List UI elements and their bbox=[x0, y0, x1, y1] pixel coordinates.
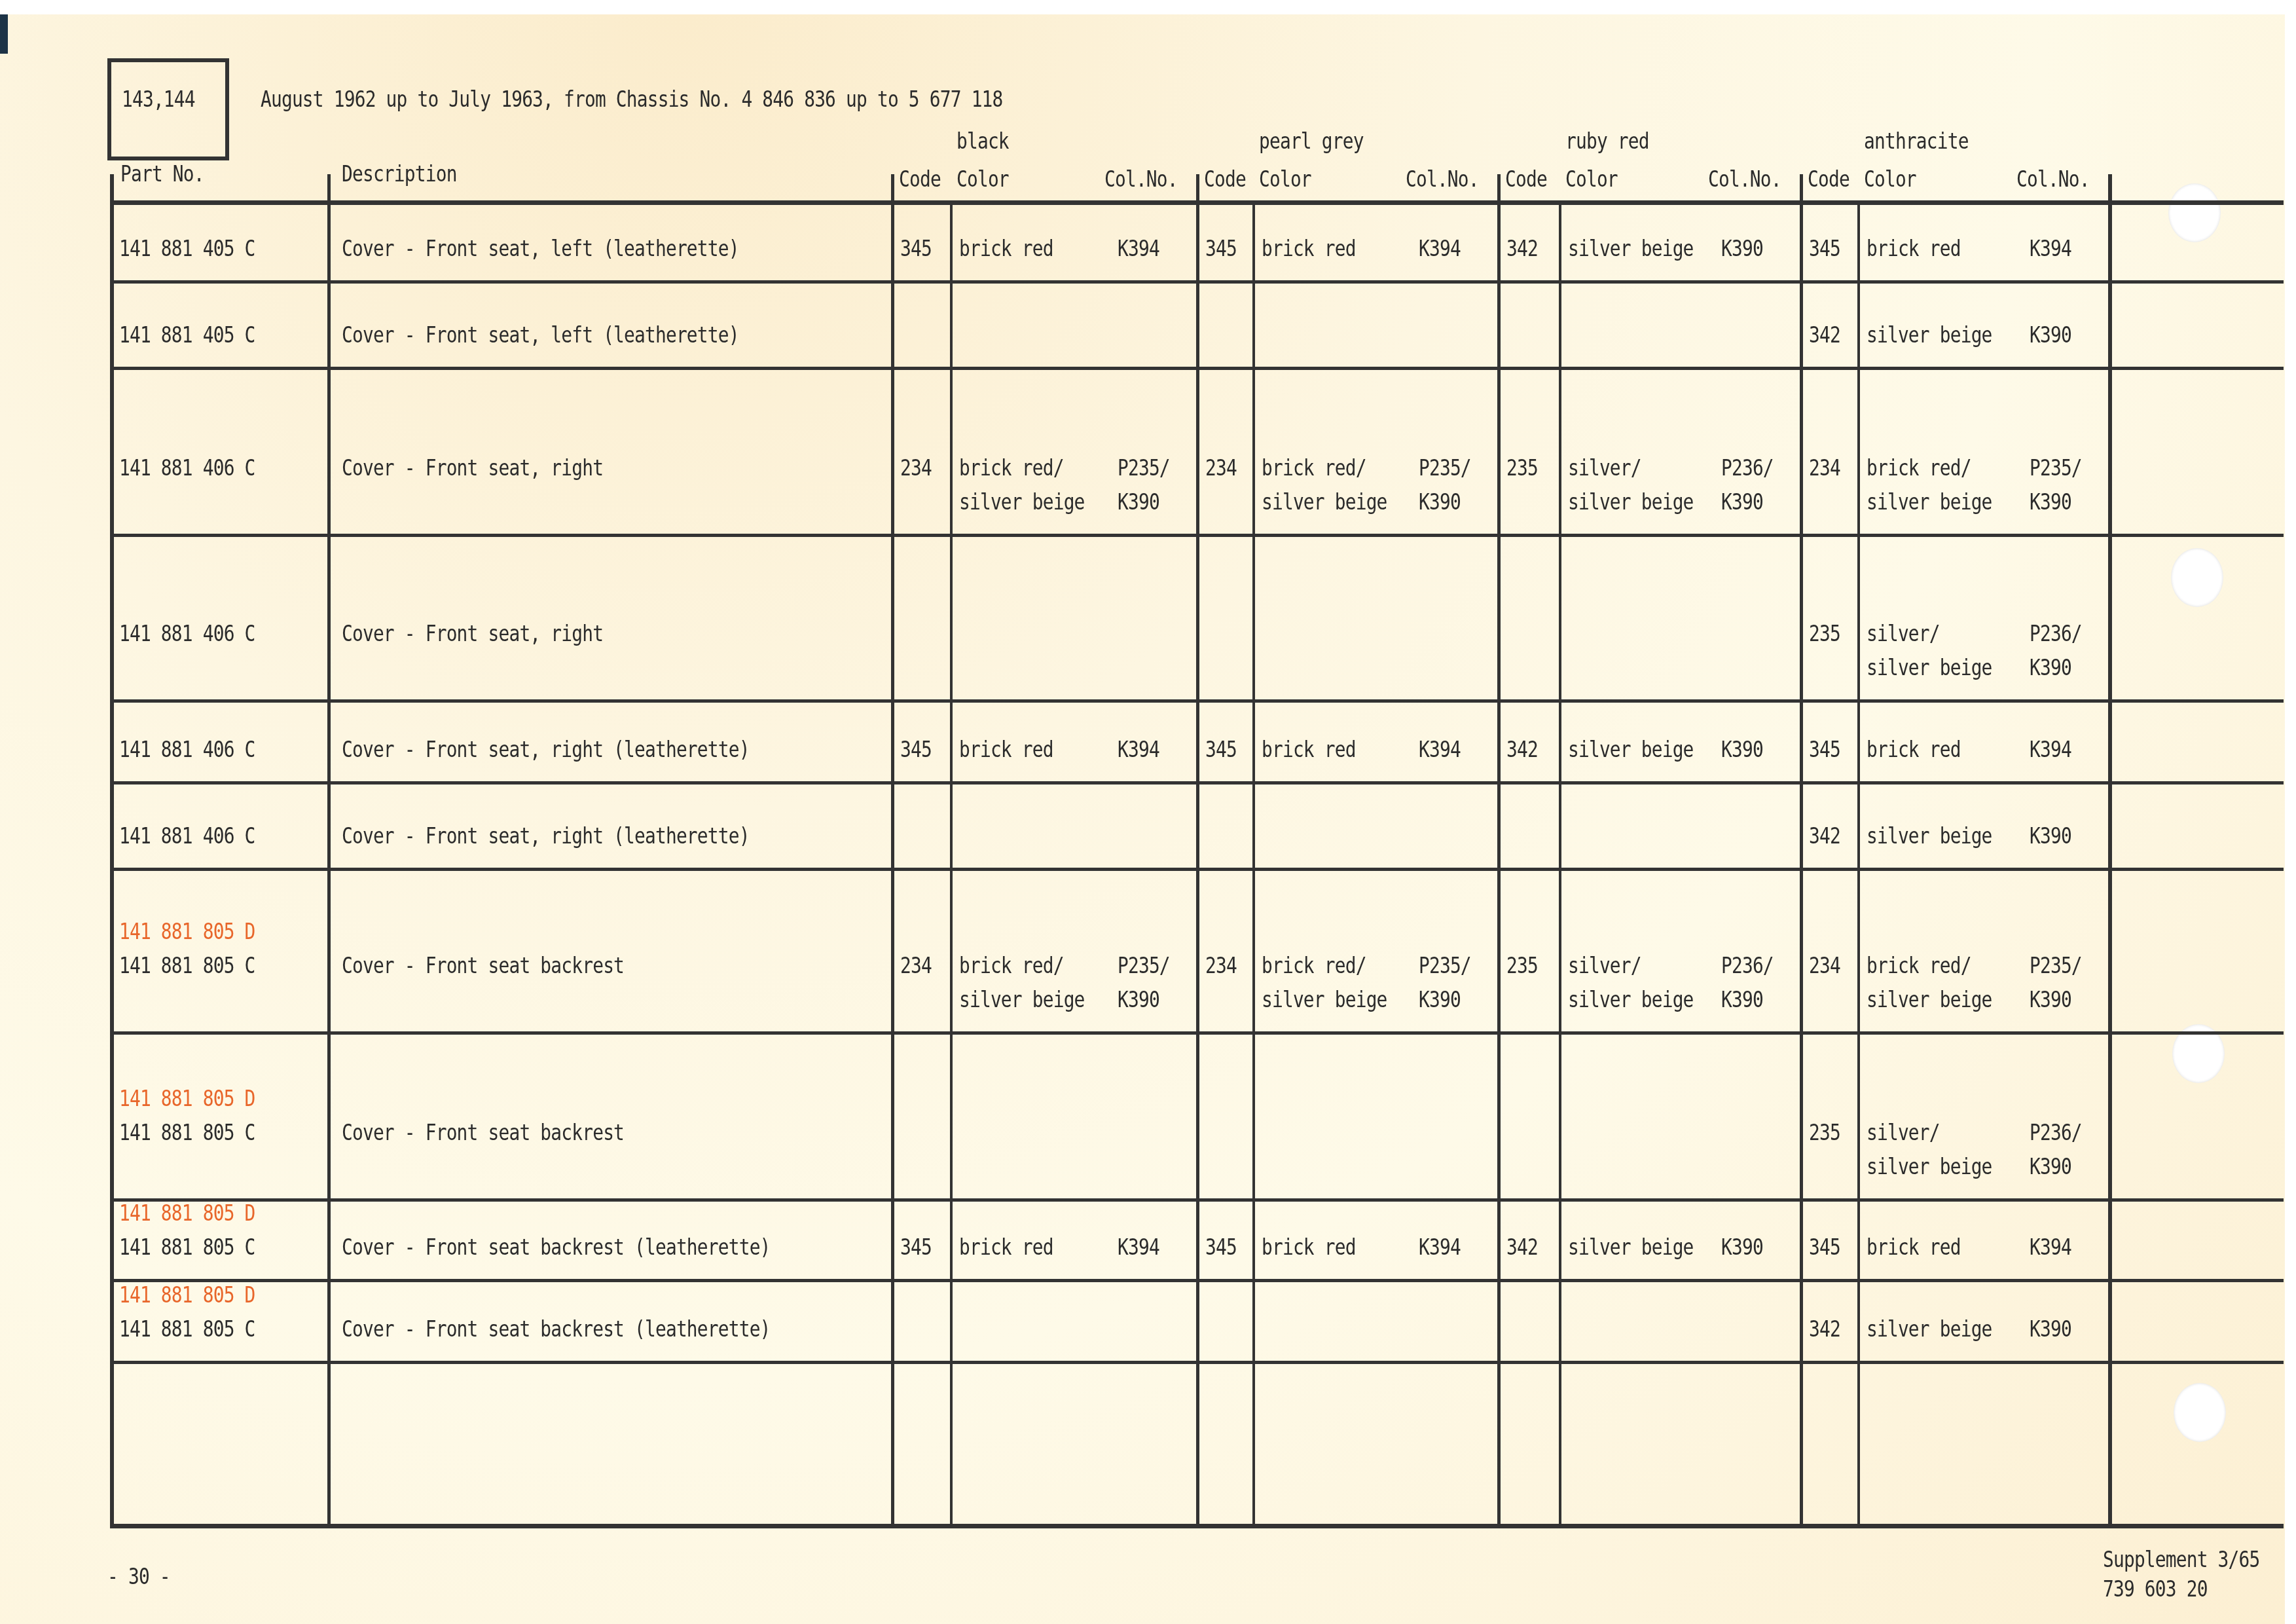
header-color-group: anthracite bbox=[1864, 128, 1969, 155]
color-code: 234 bbox=[900, 953, 932, 979]
binder-hole bbox=[2168, 183, 2221, 242]
part-number: 141 881 805 C bbox=[119, 1120, 255, 1146]
part-number: 141 881 406 C bbox=[119, 621, 255, 647]
part-description: Cover - Front seat backrest (leatherette… bbox=[342, 1234, 771, 1261]
table-rule bbox=[1857, 200, 1860, 1528]
table-rule bbox=[1800, 174, 1803, 1528]
table-rule bbox=[1196, 174, 1199, 1528]
color-code: 345 bbox=[1809, 236, 1840, 262]
color-name: silver beige bbox=[959, 987, 1085, 1013]
color-number: K390 bbox=[1118, 489, 1159, 515]
header-col-no: Col.No. bbox=[1104, 166, 1178, 193]
color-name: silver beige bbox=[1867, 322, 1992, 348]
color-code: 342 bbox=[1506, 1234, 1538, 1261]
color-code: 345 bbox=[900, 236, 932, 262]
color-name: brick red bbox=[959, 737, 1053, 763]
color-number: K394 bbox=[2030, 737, 2071, 763]
part-number: 141 881 406 C bbox=[119, 455, 255, 481]
part-description: Cover - Front seat, left (leatherette) bbox=[342, 322, 739, 348]
superseded-part-number: 141 881 805 D bbox=[119, 1282, 255, 1308]
color-code: 235 bbox=[1809, 621, 1840, 647]
color-number: P235/ bbox=[1419, 953, 1471, 979]
color-code: 345 bbox=[1205, 1234, 1237, 1261]
color-number: K390 bbox=[1419, 987, 1461, 1013]
header-code: Code bbox=[1505, 166, 1547, 193]
color-code: 345 bbox=[1809, 1234, 1840, 1261]
part-description: Cover - Front seat, right (leatherette) bbox=[342, 737, 750, 763]
color-number: K390 bbox=[2030, 655, 2071, 681]
color-name: brick red/ bbox=[959, 953, 1064, 979]
color-number: K394 bbox=[1118, 236, 1159, 262]
color-number: K390 bbox=[2030, 1154, 2071, 1180]
color-name: silver beige bbox=[1867, 987, 1992, 1013]
part-number: 141 881 405 C bbox=[119, 322, 255, 348]
color-number: K394 bbox=[1118, 1234, 1159, 1261]
model-number: 143,144 bbox=[122, 86, 195, 113]
color-name: silver/ bbox=[1867, 1120, 1940, 1146]
color-number: K390 bbox=[2030, 823, 2071, 849]
color-name: silver beige bbox=[959, 489, 1085, 515]
color-code: 234 bbox=[1205, 455, 1237, 481]
table-rule bbox=[1497, 174, 1501, 1528]
part-description: Cover - Front seat, right bbox=[342, 455, 603, 481]
color-name: silver beige bbox=[1568, 489, 1694, 515]
header-description: Description bbox=[342, 161, 457, 187]
color-number: K390 bbox=[1118, 987, 1159, 1013]
superseded-part-number: 141 881 805 D bbox=[119, 1200, 255, 1227]
color-code: 234 bbox=[1809, 455, 1840, 481]
color-code: 234 bbox=[1205, 953, 1237, 979]
table-rule bbox=[2108, 174, 2112, 1528]
color-code: 342 bbox=[1809, 322, 1840, 348]
color-number: P236/ bbox=[1721, 953, 1774, 979]
color-name: silver beige bbox=[1568, 737, 1694, 763]
color-number: K390 bbox=[1419, 489, 1461, 515]
binder-hole bbox=[2174, 1383, 2226, 1442]
color-code: 342 bbox=[1506, 236, 1538, 262]
color-code: 342 bbox=[1809, 1316, 1840, 1342]
table-rule bbox=[327, 174, 331, 1528]
part-number: 141 881 406 C bbox=[119, 737, 255, 763]
color-number: K390 bbox=[2030, 987, 2071, 1013]
header-color: Color bbox=[1259, 166, 1311, 193]
table-rule bbox=[1252, 200, 1255, 1528]
color-name: silver/ bbox=[1568, 455, 1641, 481]
color-number: P236/ bbox=[2030, 1120, 2082, 1146]
header-color-group: black bbox=[957, 128, 1009, 155]
color-number: K390 bbox=[2030, 1316, 2071, 1342]
part-number: 141 881 805 C bbox=[119, 1316, 255, 1342]
superseded-part-number: 141 881 805 D bbox=[119, 1086, 255, 1112]
color-code: 345 bbox=[900, 737, 932, 763]
color-name: brick red bbox=[1867, 236, 1961, 262]
color-name: silver beige bbox=[1867, 823, 1992, 849]
color-number: K390 bbox=[1721, 737, 1763, 763]
parts-catalog-page: 143,144 August 1962 up to July 1963, fro… bbox=[0, 14, 2285, 1624]
color-name: silver beige bbox=[1262, 987, 1387, 1013]
color-number: P235/ bbox=[1118, 455, 1170, 481]
color-name: brick red/ bbox=[1867, 455, 1971, 481]
color-name: brick red bbox=[959, 236, 1053, 262]
part-description: Cover - Front seat, left (leatherette) bbox=[342, 236, 739, 262]
table-rule bbox=[1559, 200, 1561, 1528]
color-code: 345 bbox=[1809, 737, 1840, 763]
table-rule bbox=[950, 200, 953, 1528]
color-code: 235 bbox=[1506, 455, 1538, 481]
page-number: - 30 - bbox=[107, 1564, 170, 1590]
color-code: 234 bbox=[900, 455, 932, 481]
color-name: brick red/ bbox=[959, 455, 1064, 481]
color-number: K394 bbox=[2030, 236, 2071, 262]
color-name: silver beige bbox=[1262, 489, 1387, 515]
color-name: silver/ bbox=[1568, 953, 1641, 979]
color-number: K390 bbox=[1721, 1234, 1763, 1261]
color-code: 235 bbox=[1506, 953, 1538, 979]
color-number: K394 bbox=[1419, 236, 1461, 262]
part-description: Cover - Front seat backrest bbox=[342, 953, 624, 979]
part-description: Cover - Front seat backrest (leatherette… bbox=[342, 1316, 771, 1342]
color-name: brick red bbox=[1867, 1234, 1961, 1261]
header-col-no: Col.No. bbox=[1708, 166, 1781, 193]
color-number: K394 bbox=[1118, 737, 1159, 763]
color-name: brick red bbox=[1262, 1234, 1356, 1261]
color-number: K390 bbox=[1721, 489, 1763, 515]
table-rule bbox=[110, 174, 114, 1528]
table-rule bbox=[891, 174, 894, 1528]
color-name: brick red/ bbox=[1262, 953, 1366, 979]
part-description: Cover - Front seat, right (leatherette) bbox=[342, 823, 750, 849]
part-number: 141 881 406 C bbox=[119, 823, 255, 849]
document-number: 739 603 20 bbox=[2103, 1576, 2208, 1602]
color-number: P235/ bbox=[1419, 455, 1471, 481]
color-name: silver beige bbox=[1867, 1316, 1992, 1342]
color-name: silver beige bbox=[1867, 1154, 1992, 1180]
color-number: P235/ bbox=[2030, 953, 2082, 979]
color-code: 342 bbox=[1506, 737, 1538, 763]
color-code: 345 bbox=[1205, 236, 1237, 262]
part-number: 141 881 405 C bbox=[119, 236, 255, 262]
header-color: Color bbox=[1864, 166, 1916, 193]
color-name: silver beige bbox=[1867, 655, 1992, 681]
color-code: 342 bbox=[1809, 823, 1840, 849]
color-number: K390 bbox=[1721, 987, 1763, 1013]
color-name: brick red bbox=[1262, 737, 1356, 763]
color-name: brick red bbox=[1262, 236, 1356, 262]
header-code: Code bbox=[1204, 166, 1246, 193]
part-description: Cover - Front seat, right bbox=[342, 621, 603, 647]
color-code: 345 bbox=[900, 1234, 932, 1261]
part-description: Cover - Front seat backrest bbox=[342, 1120, 624, 1146]
color-name: silver beige bbox=[1568, 1234, 1694, 1261]
binder-hole bbox=[2171, 548, 2223, 607]
color-number: K390 bbox=[2030, 489, 2071, 515]
color-name: brick red/ bbox=[1867, 953, 1971, 979]
color-name: brick red bbox=[1867, 737, 1961, 763]
color-name: silver beige bbox=[1867, 489, 1992, 515]
header-col-no: Col.No. bbox=[1406, 166, 1479, 193]
header-color: Color bbox=[1565, 166, 1618, 193]
color-name: silver beige bbox=[1568, 236, 1694, 262]
color-code: 234 bbox=[1809, 953, 1840, 979]
color-number: P235/ bbox=[2030, 455, 2082, 481]
color-number: P236/ bbox=[1721, 455, 1774, 481]
color-name: silver beige bbox=[1568, 987, 1694, 1013]
color-number: K394 bbox=[2030, 1234, 2071, 1261]
scan-edge bbox=[0, 14, 8, 54]
color-number: K394 bbox=[1419, 1234, 1461, 1261]
part-number: 141 881 805 C bbox=[119, 1234, 255, 1261]
color-name: brick red/ bbox=[1262, 455, 1366, 481]
color-name: silver/ bbox=[1867, 621, 1940, 647]
header-code: Code bbox=[899, 166, 941, 193]
header-code: Code bbox=[1808, 166, 1850, 193]
color-number: K390 bbox=[1721, 236, 1763, 262]
color-number: P236/ bbox=[2030, 621, 2082, 647]
color-name: brick red bbox=[959, 1234, 1053, 1261]
validity-range: August 1962 up to July 1963, from Chassi… bbox=[261, 86, 1003, 113]
header-col-no: Col.No. bbox=[2016, 166, 2090, 193]
color-number: K394 bbox=[1419, 737, 1461, 763]
color-number: K390 bbox=[2030, 322, 2071, 348]
header-color-group: pearl grey bbox=[1259, 128, 1364, 155]
part-number: 141 881 805 C bbox=[119, 953, 255, 979]
supplement-label: Supplement 3/65 bbox=[2103, 1547, 2259, 1573]
header-part-no: Part No. bbox=[120, 161, 204, 187]
header-color-group: ruby red bbox=[1565, 128, 1649, 155]
color-code: 235 bbox=[1809, 1120, 1840, 1146]
color-number: P235/ bbox=[1118, 953, 1170, 979]
color-code: 345 bbox=[1205, 737, 1237, 763]
header-color: Color bbox=[957, 166, 1009, 193]
superseded-part-number: 141 881 805 D bbox=[119, 919, 255, 945]
